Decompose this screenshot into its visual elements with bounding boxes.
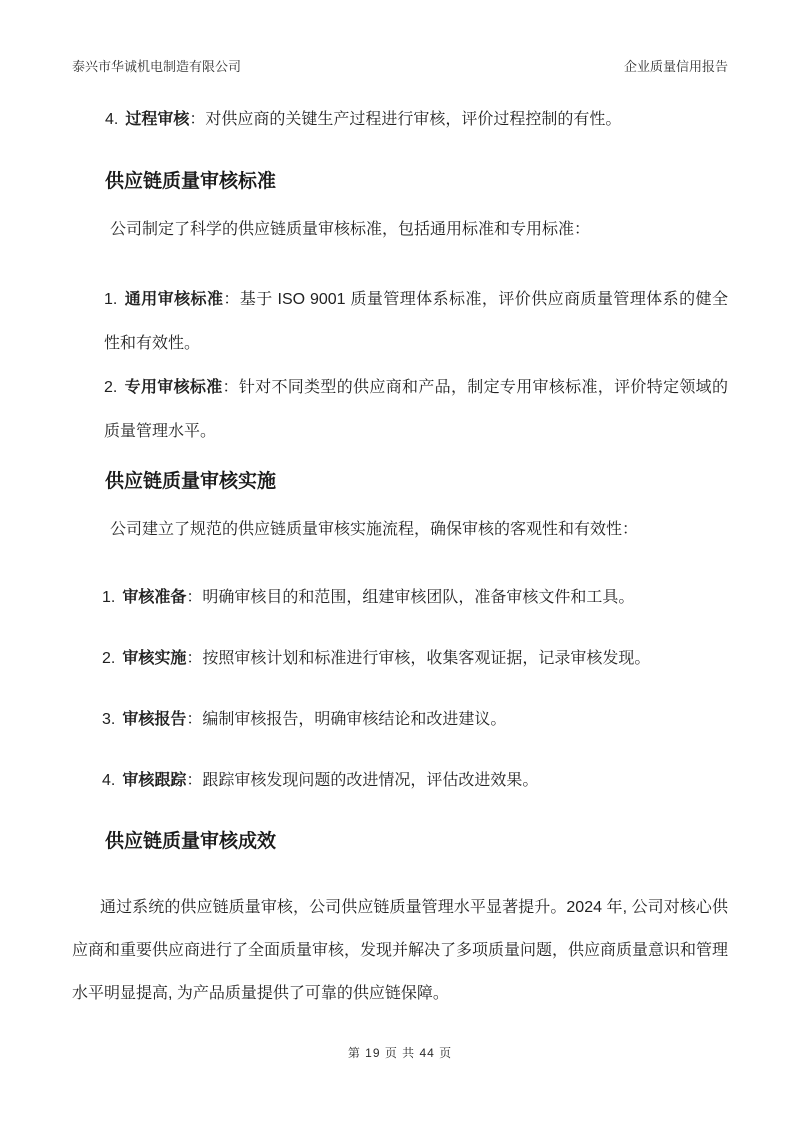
item-number: 4. <box>105 111 118 128</box>
item-label: 审核准备 <box>122 589 186 606</box>
item-number: 4. <box>102 772 115 789</box>
section-paragraph-audit-results: 通过系统的供应链质量审核，公司供应链质量管理水平显著提升。2024 年, 公司对… <box>72 886 728 1015</box>
item-label: 审核报告 <box>122 711 186 728</box>
item-label: 专用审核标准 <box>124 379 222 396</box>
document-page: 泰兴市华诚机电制造有限公司 企业质量信用报告 4.过程审核：对供应商的关键生产过… <box>0 0 800 1131</box>
list-item-audit-followup: 4.审核跟踪：跟踪审核发现问题的改进情况，评估改进效果。 <box>72 767 728 795</box>
item-text: ：对供应商的关键生产过程进行审核，评价过程控制的有性。 <box>189 111 621 128</box>
item-text: ：编制审核报告，明确审核结论和改进建议。 <box>186 711 506 728</box>
list-item-special-standard: 2.专用审核标准：针对不同类型的供应商和产品，制定专用审核标准，评价特定领域的质… <box>72 366 728 454</box>
page-number: 第 19 页 共 44 页 <box>348 1046 452 1060</box>
item-label: 审核跟踪 <box>122 772 186 789</box>
audit-implementation-list: 1.审核准备：明确审核目的和范围，组建审核团队，准备审核文件和工具。 2.审核实… <box>72 584 728 795</box>
item-number: 2. <box>104 379 117 396</box>
item-label: 审核实施 <box>122 650 186 667</box>
page-footer: 第 19 页 共 44 页 <box>72 1045 728 1061</box>
section-heading-audit-standards: 供应链质量审核标准 <box>72 168 728 196</box>
item-number: 1. <box>104 291 117 308</box>
section-heading-audit-implementation: 供应链质量审核实施 <box>72 468 728 496</box>
item-label: 通用审核标准 <box>124 291 223 308</box>
item-number: 2. <box>102 650 115 667</box>
list-item-audit-execution: 2.审核实施：按照审核计划和标准进行审核，收集客观证据，记录审核发现。 <box>72 645 728 673</box>
item-number: 3. <box>102 711 115 728</box>
list-item-audit-report: 3.审核报告：编制审核报告，明确审核结论和改进建议。 <box>72 706 728 734</box>
item-label: 过程审核 <box>125 111 189 128</box>
section-heading-audit-results: 供应链质量审核成效 <box>72 828 728 856</box>
section-intro-audit-implementation: 公司建立了规范的供应链质量审核实施流程，确保审核的客观性和有效性： <box>72 518 728 542</box>
list-item-general-standard: 1.通用审核标准：基于 ISO 9001 质量管理体系标准，评价供应商质量管理体… <box>72 278 728 366</box>
header-company-name: 泰兴市华诚机电制造有限公司 <box>72 58 241 76</box>
header-report-title: 企业质量信用报告 <box>624 58 728 76</box>
page-content: 泰兴市华诚机电制造有限公司 企业质量信用报告 4.过程审核：对供应商的关键生产过… <box>0 0 800 1061</box>
item-text: ：跟踪审核发现问题的改进情况，评估改进效果。 <box>186 772 538 789</box>
item-text: ：明确审核目的和范围，组建审核团队，准备审核文件和工具。 <box>186 589 634 606</box>
item-number: 1. <box>102 589 115 606</box>
page-header: 泰兴市华诚机电制造有限公司 企业质量信用报告 <box>72 58 728 76</box>
list-item-audit-preparation: 1.审核准备：明确审核目的和范围，组建审核团队，准备审核文件和工具。 <box>72 584 728 612</box>
list-item-process-audit: 4.过程审核：对供应商的关键生产过程进行审核，评价过程控制的有性。 <box>72 106 728 134</box>
audit-standards-list: 1.通用审核标准：基于 ISO 9001 质量管理体系标准，评价供应商质量管理体… <box>72 278 728 454</box>
item-text: ：按照审核计划和标准进行审核，收集客观证据，记录审核发现。 <box>186 650 650 667</box>
section-intro-audit-standards: 公司制定了科学的供应链质量审核标准，包括通用标准和专用标准： <box>72 218 728 242</box>
